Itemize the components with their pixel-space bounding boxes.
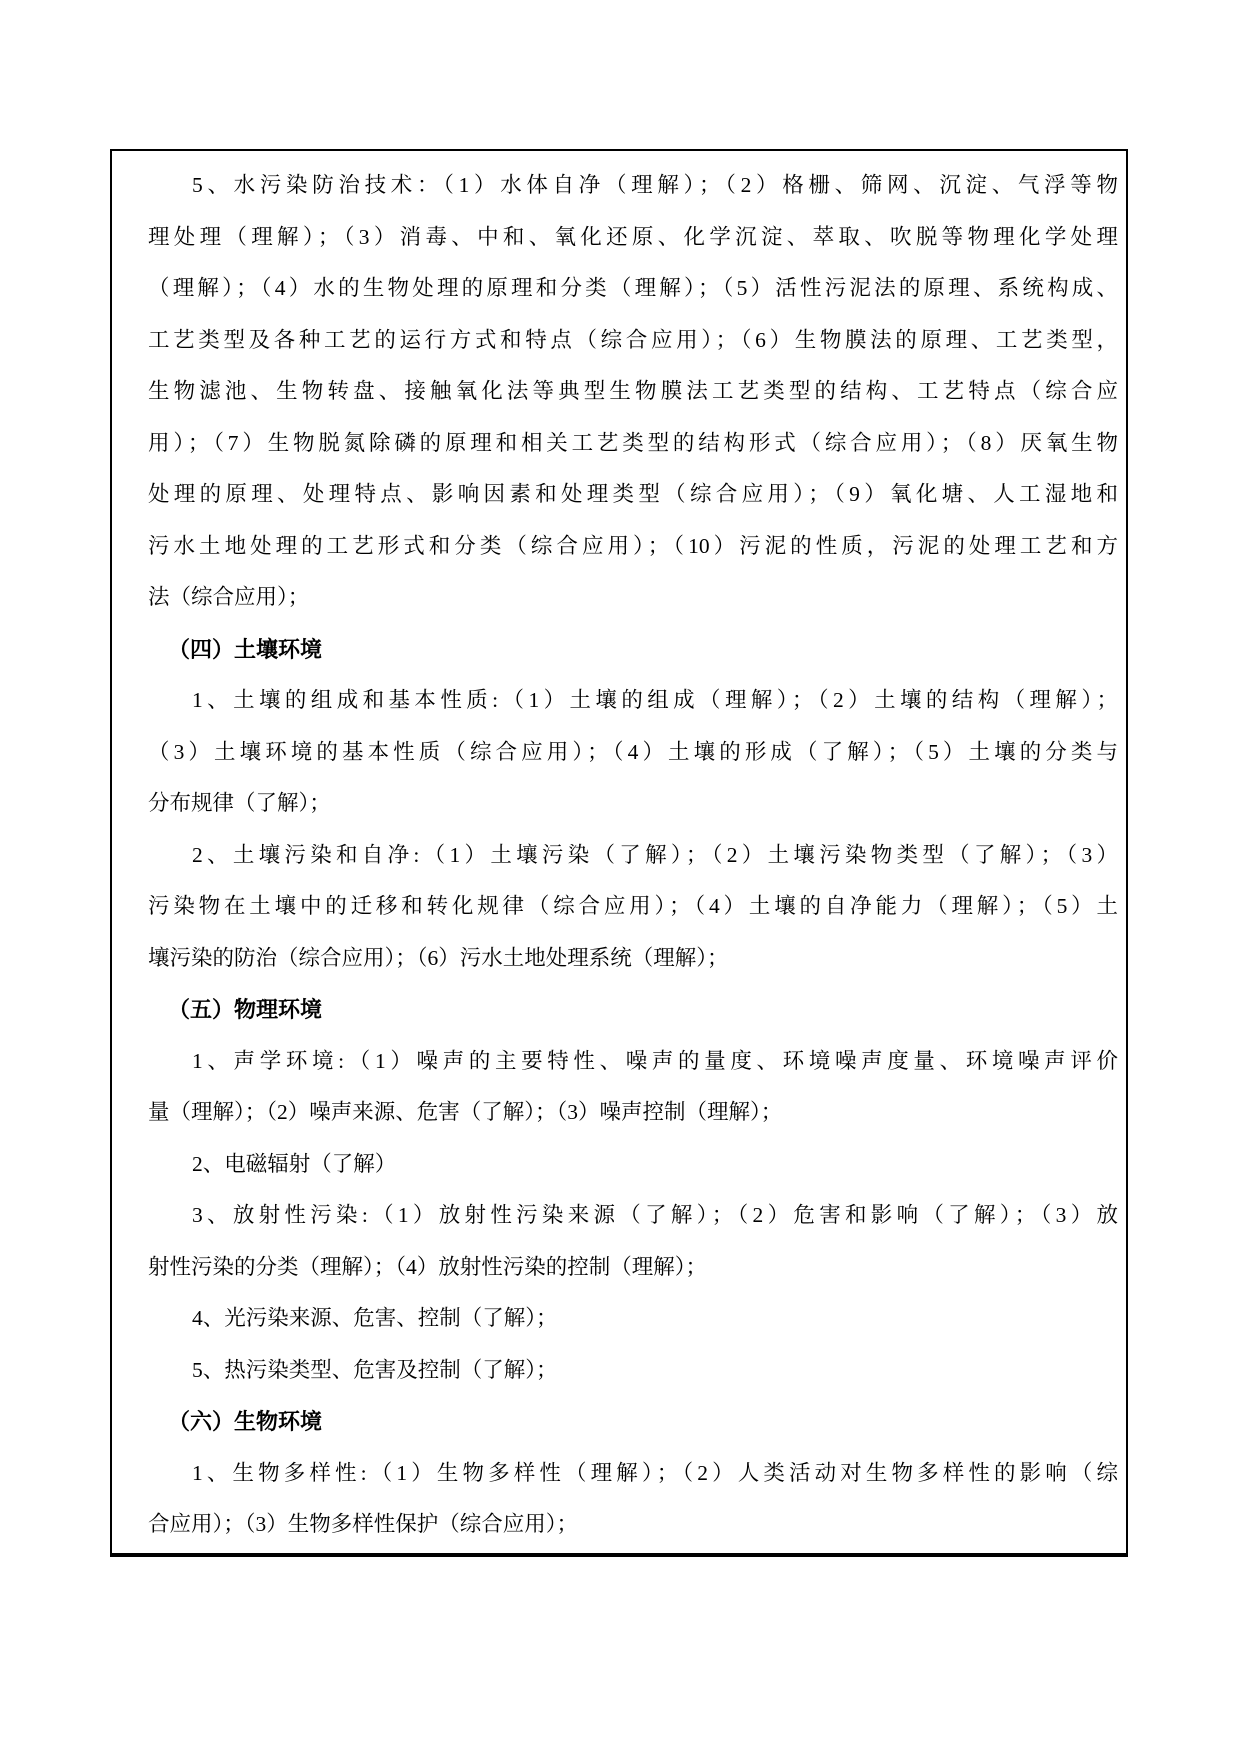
text-line: 合应用）；（3）生物多样性保护（综合应用）； [148, 1499, 1118, 1551]
document-page: 5、水污染防治技术：（1）水体自净（理解）；（2）格栅、筛网、沉淀、气浮等物理处… [0, 0, 1240, 1754]
document-body: 5、水污染防治技术：（1）水体自净（理解）；（2）格栅、筛网、沉淀、气浮等物理处… [148, 160, 1118, 1551]
text-line: 工艺类型及各种工艺的运行方式和特点（综合应用）；（6）生物膜法的原理、工艺类型， [148, 315, 1118, 367]
text-line: 1、生物多样性:（1）生物多样性（理解）；（2）人类活动对生物多样性的影响（综 [148, 1448, 1118, 1500]
text-line: 2、土壤污染和自净:（1）土壤污染（了解）；（2）土壤污染物类型（了解）；（3） [148, 830, 1118, 882]
text-line: 1、土壤的组成和基本性质:（1）土壤的组成（理解）；（2）土壤的结构（理解）； [148, 675, 1118, 727]
text-line: 3、放射性污染:（1）放射性污染来源（了解）；（2）危害和影响（了解）；（3）放 [148, 1190, 1118, 1242]
text-line: 生物滤池、生物转盘、接触氧化法等典型生物膜法工艺类型的结构、工艺特点（综合应 [148, 366, 1118, 418]
text-line: 壤污染的防治（综合应用）；（6）污水土地处理系统（理解）； [148, 933, 1118, 985]
text-line: 污水土地处理的工艺形式和分类（综合应用）；（10）污泥的性质，污泥的处理工艺和方 [148, 521, 1118, 573]
text-line: 射性污染的分类（理解）；（4）放射性污染的控制（理解）； [148, 1242, 1118, 1294]
section-heading: （四）土壤环境 [148, 624, 1118, 676]
text-line: 2、电磁辐射（了解） [148, 1139, 1118, 1191]
text-line: 理处理（理解）；（3）消毒、中和、氧化还原、化学沉淀、萃取、吹脱等物理化学处理 [148, 212, 1118, 264]
text-line: 污染物在土壤中的迁移和转化规律（综合应用）；（4）土壤的自净能力（理解）；（5）… [148, 881, 1118, 933]
text-line: 量（理解）；（2）噪声来源、危害（了解）；（3）噪声控制（理解）； [148, 1087, 1118, 1139]
text-line: 5、热污染类型、危害及控制（了解）； [148, 1345, 1118, 1397]
document-table-cell: 5、水污染防治技术：（1）水体自净（理解）；（2）格栅、筛网、沉淀、气浮等物理处… [110, 149, 1128, 1557]
section-heading: （六）生物环境 [148, 1396, 1118, 1448]
text-line: （理解）；（4）水的生物处理的原理和分类（理解）；（5）活性污泥法的原理、系统构… [148, 263, 1118, 315]
text-line: 处理的原理、处理特点、影响因素和处理类型（综合应用）；（9）氧化塘、人工湿地和 [148, 469, 1118, 521]
text-line: 1、声学环境:（1）噪声的主要特性、噪声的量度、环境噪声度量、环境噪声评价 [148, 1036, 1118, 1088]
text-line: 法（综合应用）； [148, 572, 1118, 624]
text-line: 5、水污染防治技术：（1）水体自净（理解）；（2）格栅、筛网、沉淀、气浮等物 [148, 160, 1118, 212]
text-line: 分布规律（了解）； [148, 778, 1118, 830]
text-line: 4、光污染来源、危害、控制（了解）； [148, 1293, 1118, 1345]
text-line: （3）土壤环境的基本性质（综合应用）；（4）土壤的形成（了解）；（5）土壤的分类… [148, 727, 1118, 779]
text-line: 用）；（7）生物脱氮除磷的原理和相关工艺类型的结构形式（综合应用）；（8）厌氧生… [148, 418, 1118, 470]
section-heading: （五）物理环境 [148, 984, 1118, 1036]
